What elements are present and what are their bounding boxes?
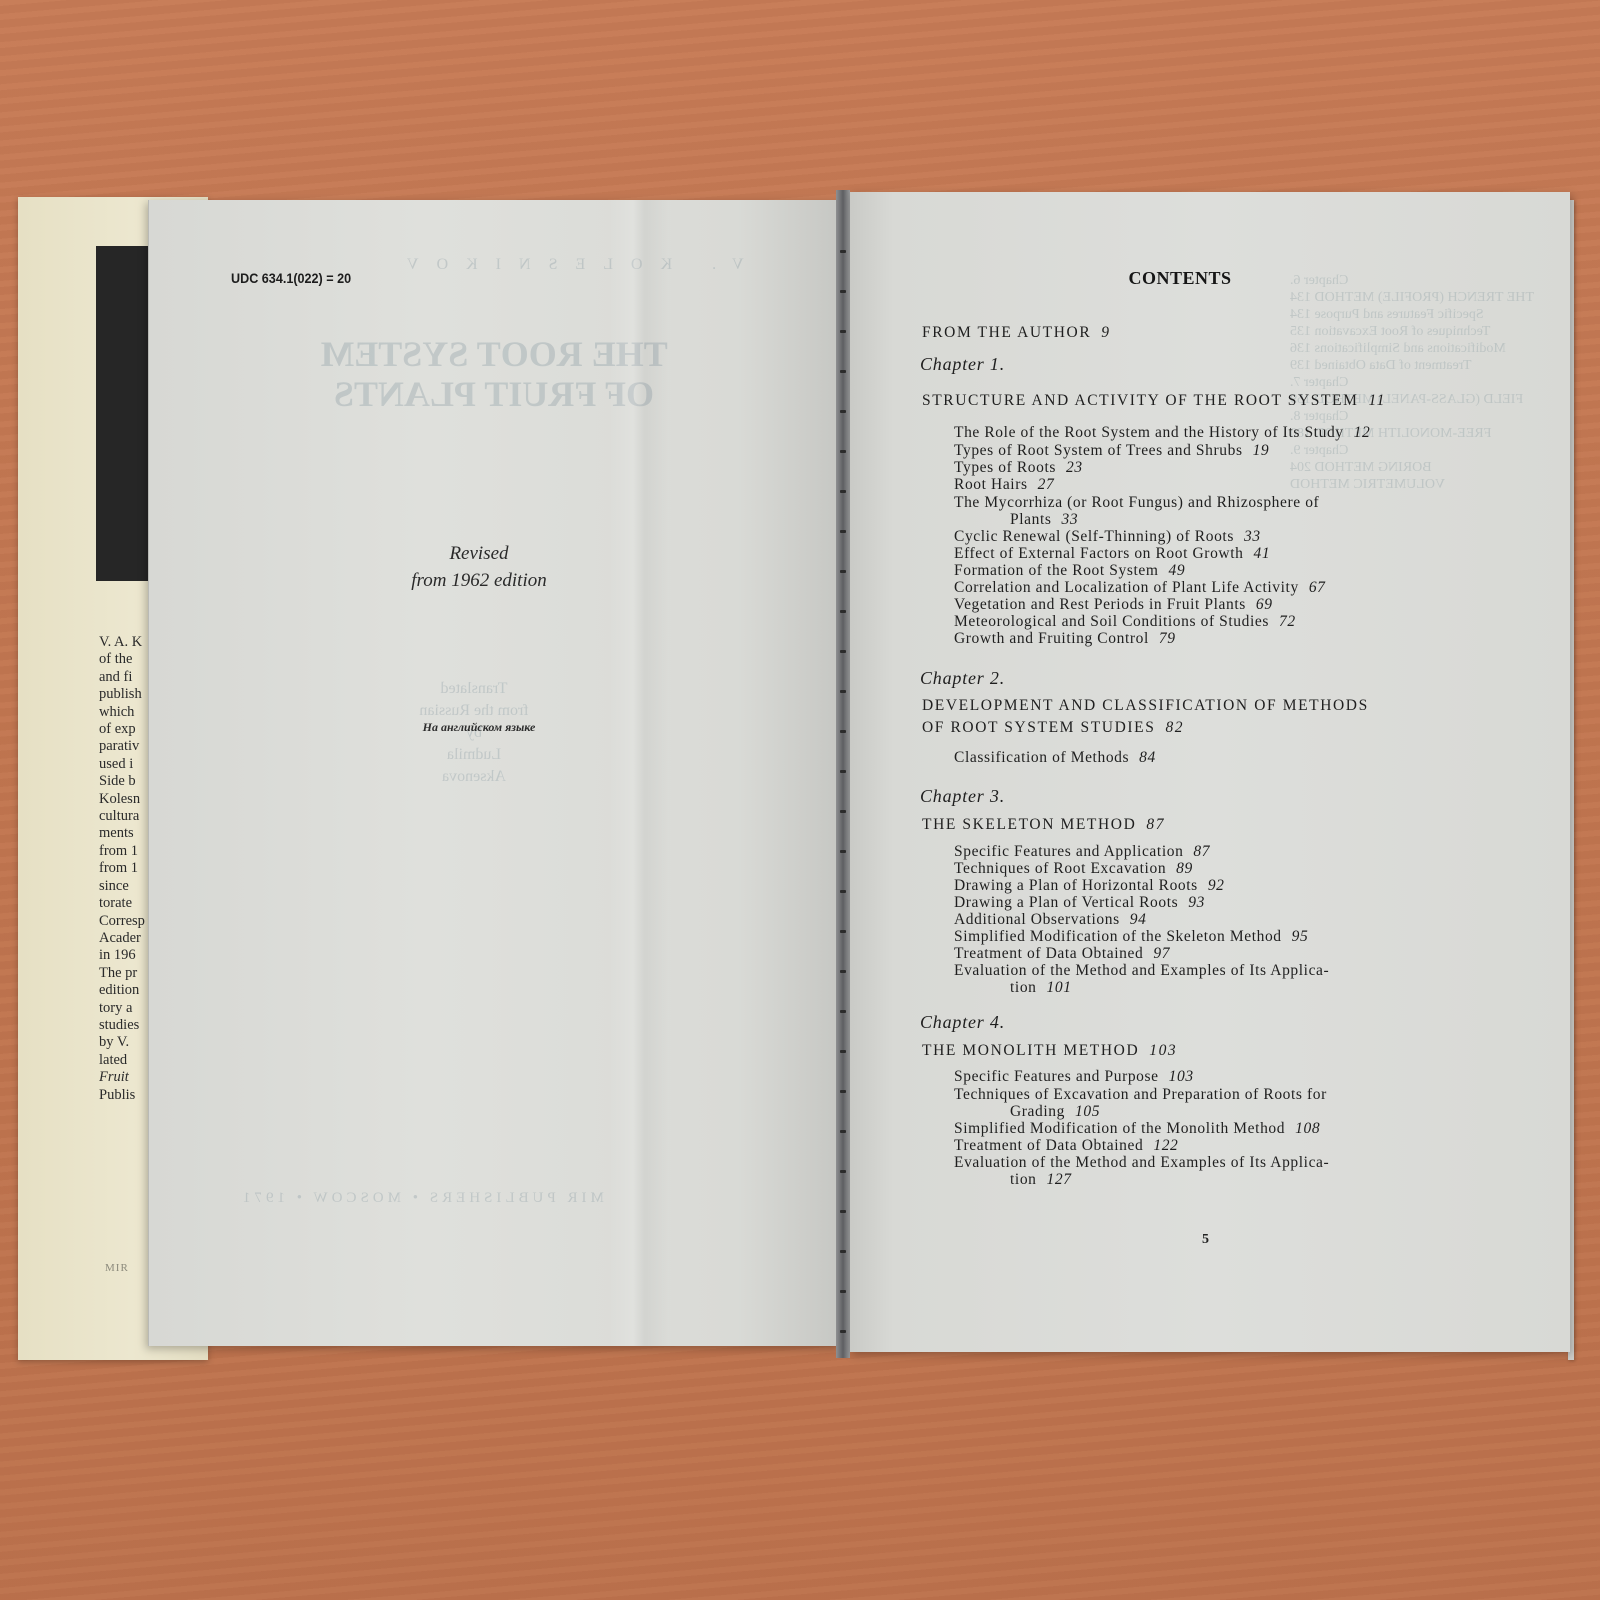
show-through-line: Specific Features and Purpose 134 bbox=[1290, 306, 1570, 323]
publisher-mark: MIR bbox=[105, 1262, 129, 1274]
toc-chapter-label: Chapter 2. bbox=[920, 670, 1005, 687]
toc-section-continuation: tion101 bbox=[1010, 979, 1072, 996]
toc-section: The Role of the Root System and the Hist… bbox=[954, 424, 1370, 441]
toc-entry-page: 93 bbox=[1188, 894, 1205, 911]
book-gutter bbox=[836, 190, 850, 1358]
show-through-line: Translated bbox=[399, 678, 549, 700]
binding-stitch bbox=[840, 690, 846, 693]
toc-section: Drawing a Plan of Horizontal Roots92 bbox=[954, 877, 1225, 894]
toc-entry-title: Meteorological and Soil Conditions of St… bbox=[954, 613, 1269, 630]
toc-entry-title: Treatment of Data Obtained bbox=[954, 1137, 1143, 1154]
toc-entry-title: Specific Features and Purpose bbox=[954, 1068, 1159, 1085]
binding-stitch bbox=[840, 810, 846, 813]
toc-section: Cyclic Renewal (Self-Thinning) of Roots3… bbox=[954, 528, 1261, 545]
toc-section: Vegetation and Rest Periods in Fruit Pla… bbox=[954, 596, 1273, 613]
toc-section: Types of Roots23 bbox=[954, 459, 1083, 476]
toc-section: Classification of Methods84 bbox=[954, 749, 1156, 766]
toc-section-continuation: Grading105 bbox=[1010, 1103, 1100, 1120]
toc-entry-page: 95 bbox=[1292, 928, 1309, 945]
binding-stitch bbox=[840, 290, 846, 293]
toc-entry-page: 23 bbox=[1066, 459, 1083, 476]
toc-section: Correlation and Localization of Plant Li… bbox=[954, 579, 1326, 596]
binding-stitch bbox=[840, 1130, 846, 1133]
binding-stitch bbox=[840, 570, 846, 573]
toc-section: Effect of External Factors on Root Growt… bbox=[954, 545, 1270, 562]
toc-entry-page: 82 bbox=[1165, 719, 1184, 736]
toc-entry-page: 79 bbox=[1159, 630, 1176, 647]
toc-section: The Mycorrhiza (or Root Fungus) and Rhiz… bbox=[954, 494, 1319, 511]
toc-entry-title: DEVELOPMENT AND CLASSIFICATION OF METHOD… bbox=[922, 697, 1369, 714]
toc-entry-page: 9 bbox=[1101, 324, 1110, 341]
right-page: Chapter 6.THE TRENCH (PROFILE) METHOD 13… bbox=[850, 192, 1570, 1352]
toc-section: Specific Features and Application87 bbox=[954, 843, 1210, 860]
toc-section: Evaluation of the Method and Examples of… bbox=[954, 1154, 1329, 1171]
show-through-line: Chapter 6. bbox=[1290, 272, 1570, 289]
binding-stitch bbox=[840, 850, 846, 853]
toc-entry-page: 103 bbox=[1149, 1042, 1177, 1059]
toc-entry-title: The Mycorrhiza (or Root Fungus) and Rhiz… bbox=[954, 494, 1319, 511]
toc-entry-title: Classification of Methods bbox=[954, 749, 1129, 766]
toc-chapter-label: Chapter 3. bbox=[920, 788, 1005, 805]
toc-section: Treatment of Data Obtained97 bbox=[954, 945, 1170, 962]
page-number: 5 bbox=[1202, 1232, 1209, 1248]
binding-stitch bbox=[840, 930, 846, 933]
toc-entry-title: tion bbox=[1010, 979, 1037, 996]
toc-chapter-title: DEVELOPMENT AND CLASSIFICATION OF METHOD… bbox=[922, 697, 1369, 714]
show-through-line: THE TRENCH (PROFILE) METHOD 134 bbox=[1290, 289, 1570, 306]
binding-stitch bbox=[840, 1090, 846, 1093]
binding-stitch bbox=[840, 770, 846, 773]
show-through-line: Ludmila bbox=[399, 744, 549, 766]
toc-entry-title: Growth and Fruiting Control bbox=[954, 630, 1149, 647]
toc-entry-title: Evaluation of the Method and Examples of… bbox=[954, 1154, 1329, 1171]
toc-section: Techniques of Root Excavation89 bbox=[954, 860, 1193, 877]
toc-entry-page: 27 bbox=[1038, 476, 1055, 493]
toc-chapter-label: Chapter 1. bbox=[920, 356, 1005, 373]
toc-chapter-label: Chapter 4. bbox=[920, 1014, 1005, 1031]
toc-chapter-title: THE MONOLITH METHOD103 bbox=[922, 1042, 1177, 1059]
toc-entry-page: 97 bbox=[1153, 945, 1170, 962]
binding-stitch bbox=[840, 250, 846, 253]
show-through-author: V. KOLESNIKOV bbox=[389, 256, 744, 274]
toc-entry-title: tion bbox=[1010, 1171, 1037, 1188]
show-through-line: Chapter 8. bbox=[1290, 408, 1570, 425]
toc-entry-title: Correlation and Localization of Plant Li… bbox=[954, 579, 1299, 596]
toc-section: Additional Observations94 bbox=[954, 911, 1146, 928]
show-through-line: Techniques of Root Excavation 135 bbox=[1290, 323, 1570, 340]
binding-stitch bbox=[840, 890, 846, 893]
toc-section-continuation: Plants33 bbox=[1010, 511, 1078, 528]
show-through-line: Aksenova bbox=[399, 766, 549, 788]
toc-entry-title: Additional Observations bbox=[954, 911, 1120, 928]
binding-stitch bbox=[840, 370, 846, 373]
toc-entry-page: 69 bbox=[1256, 596, 1273, 613]
show-through-line: Modifications and Simplifications 136 bbox=[1290, 340, 1570, 357]
toc-entry-page: 19 bbox=[1253, 442, 1270, 459]
toc-entry-title: Chapter 4. bbox=[920, 1012, 1005, 1032]
toc-section: Drawing a Plan of Vertical Roots93 bbox=[954, 894, 1205, 911]
toc-entry-title: Chapter 3. bbox=[920, 786, 1005, 806]
udc-code: UDC 634.1(022) = 20 bbox=[231, 270, 351, 286]
author-photo bbox=[96, 246, 156, 581]
toc-entry-title: Root Hairs bbox=[954, 476, 1028, 493]
toc-chapter-title-continuation: OF ROOT SYSTEM STUDIES82 bbox=[922, 719, 1184, 736]
toc-entry-page: 84 bbox=[1139, 749, 1156, 766]
toc-entry-page: 41 bbox=[1253, 545, 1270, 562]
binding-stitch bbox=[840, 1250, 846, 1253]
toc-entry-title: THE SKELETON METHOD bbox=[922, 816, 1136, 833]
toc-entry-title: Effect of External Factors on Root Growt… bbox=[954, 545, 1243, 562]
binding-stitch bbox=[840, 610, 846, 613]
toc-entry-page: 12 bbox=[1354, 424, 1371, 441]
binding-stitch bbox=[840, 650, 846, 653]
toc-section: Techniques of Excavation and Preparation… bbox=[954, 1086, 1327, 1103]
toc-entry-title: Types of Root System of Trees and Shrubs bbox=[954, 442, 1243, 459]
toc-entry-page: 33 bbox=[1244, 528, 1261, 545]
binding-stitch bbox=[840, 1210, 846, 1213]
toc-entry-page: 33 bbox=[1062, 511, 1079, 528]
toc-entry-title: FROM THE AUTHOR bbox=[922, 324, 1091, 341]
toc-entry-title: Techniques of Root Excavation bbox=[954, 860, 1166, 877]
show-through-line: Chapter 7. bbox=[1290, 374, 1570, 391]
toc-chapter-title: STRUCTURE AND ACTIVITY OF THE ROOT SYSTE… bbox=[922, 392, 1386, 409]
toc-entry-title: Specific Features and Application bbox=[954, 843, 1183, 860]
binding-stitch bbox=[840, 450, 846, 453]
toc-entry-page: 101 bbox=[1047, 979, 1072, 996]
toc-entry-page: 67 bbox=[1309, 579, 1326, 596]
toc-entry-page: 72 bbox=[1279, 613, 1296, 630]
toc-entry-page: 11 bbox=[1368, 392, 1386, 409]
show-through-contents: Chapter 6.THE TRENCH (PROFILE) METHOD 13… bbox=[1290, 272, 1570, 493]
toc-entry-title: Chapter 2. bbox=[920, 668, 1005, 688]
binding-stitch bbox=[840, 330, 846, 333]
toc-section: Types of Root System of Trees and Shrubs… bbox=[954, 442, 1269, 459]
toc-entry-page: 87 bbox=[1193, 843, 1210, 860]
toc-section: Simplified Modification of the Monolith … bbox=[954, 1120, 1320, 1137]
toc-chapter-title: THE SKELETON METHOD87 bbox=[922, 816, 1165, 833]
toc-entry-page: 103 bbox=[1169, 1068, 1194, 1085]
toc-entry-title: Drawing a Plan of Vertical Roots bbox=[954, 894, 1178, 911]
binding-stitch bbox=[840, 410, 846, 413]
toc-entry-title: Cyclic Renewal (Self-Thinning) of Roots bbox=[954, 528, 1234, 545]
toc-entry-page: 89 bbox=[1176, 860, 1193, 877]
toc-entry-page: 94 bbox=[1130, 911, 1147, 928]
binding-stitch bbox=[840, 1050, 846, 1053]
binding-stitch bbox=[840, 1170, 846, 1173]
toc-entry-page: 49 bbox=[1169, 562, 1186, 579]
toc-entry-title: Simplified Modification of the Monolith … bbox=[954, 1120, 1285, 1137]
toc-entry-page: 122 bbox=[1153, 1137, 1178, 1154]
toc-section: Evaluation of the Method and Examples of… bbox=[954, 962, 1329, 979]
toc-entry-title: Evaluation of the Method and Examples of… bbox=[954, 962, 1329, 979]
toc-entry-title: The Role of the Root System and the Hist… bbox=[954, 424, 1344, 441]
left-page: V. KOLESNIKOV THE ROOT SYSTEM OF FRUIT P… bbox=[148, 200, 841, 1346]
toc-entry-title: Treatment of Data Obtained bbox=[954, 945, 1143, 962]
toc-entry-title: OF ROOT SYSTEM STUDIES bbox=[922, 719, 1155, 736]
binding-stitch bbox=[840, 1330, 846, 1333]
toc-entry-title: Simplified Modification of the Skeleton … bbox=[954, 928, 1282, 945]
toc-entry-page: 108 bbox=[1295, 1120, 1320, 1137]
toc-entry-title: Plants bbox=[1010, 511, 1052, 528]
toc-entry-page: 87 bbox=[1146, 816, 1165, 833]
show-through-line: VOLUMETRIC METHOD bbox=[1290, 476, 1570, 493]
binding-stitch bbox=[840, 1010, 846, 1013]
show-through-publisher: MIR PUBLISHERS • MOSCOW • 1971 bbox=[239, 1190, 604, 1207]
revision-note: Revised from 1962 edition bbox=[379, 540, 579, 594]
toc-entry-title: Formation of the Root System bbox=[954, 562, 1159, 579]
binding-stitch bbox=[840, 1290, 846, 1293]
binding-stitch bbox=[840, 970, 846, 973]
toc-section: Meteorological and Soil Conditions of St… bbox=[954, 613, 1296, 630]
show-through-line: BORING METHOD 204 bbox=[1290, 459, 1570, 476]
toc-section: Simplified Modification of the Skeleton … bbox=[954, 928, 1308, 945]
show-through-line: Chapter 9. bbox=[1290, 442, 1570, 459]
toc-entry-title: Chapter 1. bbox=[920, 354, 1005, 374]
toc-section: Specific Features and Purpose103 bbox=[954, 1068, 1194, 1085]
toc-section-continuation: tion127 bbox=[1010, 1171, 1072, 1188]
toc-section: Formation of the Root System49 bbox=[954, 562, 1185, 579]
toc-entry-title: Drawing a Plan of Horizontal Roots bbox=[954, 877, 1198, 894]
toc-chapter-title: FROM THE AUTHOR9 bbox=[922, 324, 1111, 341]
toc-entry-page: 127 bbox=[1047, 1171, 1072, 1188]
toc-entry-page: 105 bbox=[1075, 1103, 1100, 1120]
toc-entry-title: THE MONOLITH METHOD bbox=[922, 1042, 1139, 1059]
binding-stitch bbox=[840, 730, 846, 733]
toc-section: Growth and Fruiting Control79 bbox=[954, 630, 1176, 647]
page-fold bbox=[609, 200, 669, 1346]
toc-section: Root Hairs27 bbox=[954, 476, 1054, 493]
language-note: На английском языке bbox=[369, 720, 589, 735]
show-through-line: Treatment of Data Obtained 139 bbox=[1290, 357, 1570, 374]
show-through-line: from the Russian bbox=[399, 700, 549, 722]
toc-entry-title: STRUCTURE AND ACTIVITY OF THE ROOT SYSTE… bbox=[922, 392, 1358, 409]
toc-section: Treatment of Data Obtained122 bbox=[954, 1137, 1178, 1154]
toc-entry-title: Types of Roots bbox=[954, 459, 1056, 476]
contents-heading: CONTENTS bbox=[1080, 268, 1280, 289]
toc-entry-page: 92 bbox=[1208, 877, 1225, 894]
toc-entry-title: Grading bbox=[1010, 1103, 1065, 1120]
binding-stitch bbox=[840, 490, 846, 493]
toc-entry-title: Vegetation and Rest Periods in Fruit Pla… bbox=[954, 596, 1246, 613]
toc-entry-title: Techniques of Excavation and Preparation… bbox=[954, 1086, 1327, 1103]
binding-stitch bbox=[840, 530, 846, 533]
